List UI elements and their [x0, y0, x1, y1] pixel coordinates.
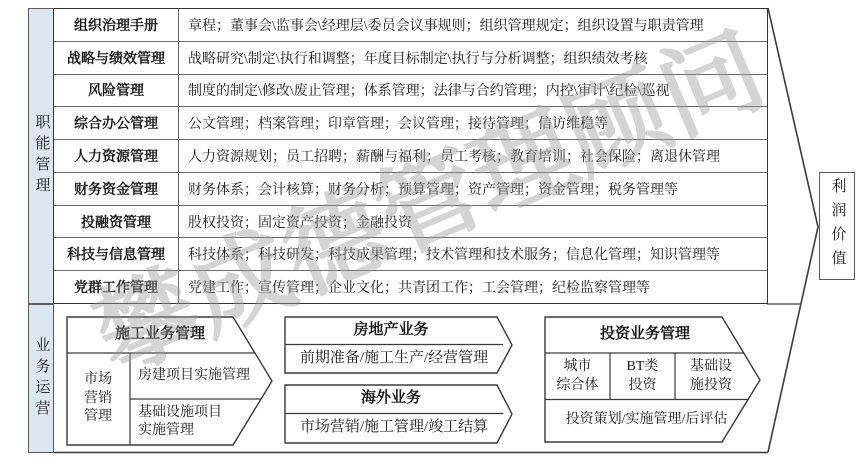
realestate-group-title: 房地产业务 — [286, 318, 496, 344]
functional-management-table: 组织治理手册 章程；董事会\监事会\经理层\委员会议事规则；组织管理规定；组织设… — [53, 8, 768, 304]
row-content: 财务体系；会计核算；财务分析；预算管理；资产管理；资金管理；税务管理等 — [179, 173, 767, 205]
row-content: 战略研究\制定\执行和调整；年度目标制定\执行与分析调整；组织绩效考核 — [179, 42, 767, 74]
table-row: 党群工作管理 党建工作；宣传管理；企业文化；共青团工作；工会管理；纪检监察管理等 — [54, 271, 767, 303]
construction-group-title: 施工业务管理 — [67, 318, 253, 352]
investment-cell-infrastructure: 基础设 施投资 — [676, 354, 746, 399]
table-row: 财务资金管理 财务体系；会计核算；财务分析；预算管理；资产管理；资金管理；税务管… — [54, 173, 767, 206]
table-row: 综合办公管理 公文管理；档案管理；印章管理；会议管理；接待管理；信访维稳等 — [54, 107, 767, 140]
table-row: 组织治理手册 章程；董事会\监事会\经理层\委员会议事规则；组织管理规定；组织设… — [54, 9, 767, 42]
diagram-canvas: 职能管理 业务运营 组织治理手册 章程；董事会\监事会\经理层\委员会议事规则；… — [0, 0, 867, 467]
converging-arrow-outline — [768, 8, 818, 452]
investment-group-title: 投资业务管理 — [546, 318, 744, 352]
investment-cell-bt-investment: BT类 投资 — [611, 354, 674, 399]
row-header: 风险管理 — [54, 75, 179, 107]
table-row: 战略与绩效管理 战略研究\制定\执行和调整；年度目标制定\执行与分析调整；组织绩… — [54, 42, 767, 75]
row-content: 公文管理；档案管理；印章管理；会议管理；接待管理；信访维稳等 — [179, 107, 767, 139]
row-content: 章程；董事会\监事会\经理层\委员会议事规则；组织管理规定；组织设置与职责管理 — [179, 9, 767, 41]
sidebar-business-label: 业务运营 — [34, 337, 49, 421]
construction-cell-top: 房建项目实施管理 — [131, 354, 255, 398]
profit-value-label: 利润价值 — [830, 178, 845, 274]
sidebar-business-operations: 业务运营 — [28, 304, 54, 453]
realestate-group-body: 前期准备/施工生产/经营管理 — [286, 346, 502, 372]
construction-left-cell: 市场 营销 管理 — [68, 354, 128, 444]
sidebar-functional-label: 职能管理 — [34, 114, 49, 198]
row-header: 科技与信息管理 — [54, 238, 179, 270]
row-content: 人力资源规划；员工招聘；薪酬与福利；员工考核；教育培训；社会保险；离退休管理 — [179, 140, 767, 172]
sidebar-functional-management: 职能管理 — [28, 8, 54, 304]
row-header: 综合办公管理 — [54, 107, 179, 139]
row-header: 党群工作管理 — [54, 271, 179, 303]
table-row: 科技与信息管理 科技体系；科技研发；科技成果管理；技术管理和技术服务；信息化管理… — [54, 238, 767, 271]
row-content: 股权投资；固定资产投资；金融投资 — [179, 206, 767, 238]
construction-cell-bottom: 基础设施项目 实施管理 — [131, 400, 255, 444]
table-row: 投融资管理 股权投资；固定资产投资；金融投资 — [54, 206, 767, 239]
row-header: 组织治理手册 — [54, 9, 179, 41]
row-header: 投融资管理 — [54, 206, 179, 238]
profit-value-box: 利润价值 — [819, 172, 855, 280]
row-content: 党建工作；宣传管理；企业文化；共青团工作；工会管理；纪检监察管理等 — [179, 271, 767, 303]
row-header: 战略与绩效管理 — [54, 42, 179, 74]
row-content: 制度的制定\修改\废止管理；体系管理；法律与合约管理；内控\审计\纪检\巡视 — [179, 75, 767, 107]
table-row: 人力资源管理 人力资源规划；员工招聘；薪酬与福利；员工考核；教育培训；社会保险；… — [54, 140, 767, 173]
row-content: 科技体系；科技研发；科技成果管理；技术管理和技术服务；信息化管理；知识管理等 — [179, 238, 767, 270]
table-row: 风险管理 制度的制定\修改\废止管理；体系管理；法律与合约管理；内控\审计\纪检… — [54, 75, 767, 108]
investment-group-body: 投资策划/实施管理/后评估 — [546, 400, 747, 441]
overseas-group-body: 市场营销/施工管理/竣工结算 — [286, 414, 502, 442]
investment-cell-city-complex: 城市 综合体 — [546, 354, 609, 399]
overseas-group-title: 海外业务 — [286, 386, 496, 412]
row-header: 人力资源管理 — [54, 140, 179, 172]
row-header: 财务资金管理 — [54, 173, 179, 205]
